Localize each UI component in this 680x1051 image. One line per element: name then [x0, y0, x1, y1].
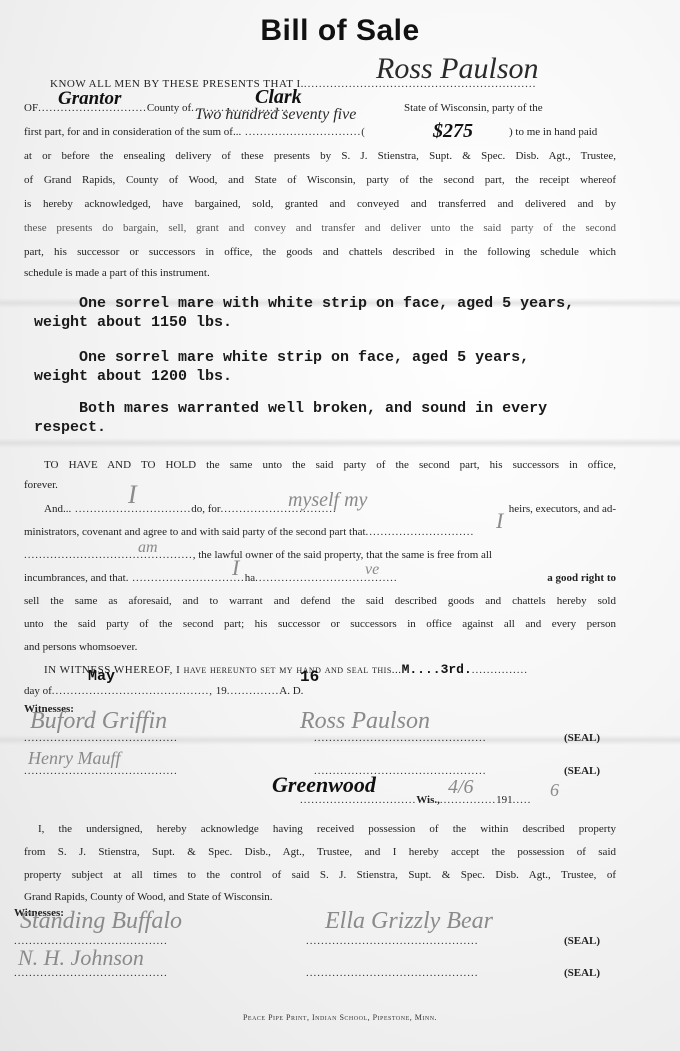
acknowledgement-line: I, the undersigned, hereby acknowledge h… [38, 822, 616, 836]
seal-label: (SEAL) [564, 764, 600, 778]
of-label: OF [24, 102, 38, 114]
do-for-handwritten: myself my [288, 489, 367, 512]
recipient-signature: Ella Grizzly Bear [325, 908, 493, 935]
sum-figure-handwritten: $275 [433, 120, 473, 143]
schedule-item-2-line2: weight about 1200 lbs. [34, 367, 232, 386]
habendum-line: TO HAVE AND TO HOLD the same unto the sa… [44, 458, 616, 472]
good-right-text: a good right to [547, 571, 616, 585]
schedule-item-3-line2: respect. [34, 418, 106, 437]
year-handwritten: 6 [550, 780, 559, 801]
year-prefix-2: 191 [496, 794, 513, 806]
seal-label: (SEAL) [564, 731, 600, 745]
ad-label: A. D. [279, 685, 303, 697]
that-handwritten: I [496, 508, 503, 534]
witness-3-signature: Standing Buffalo [20, 908, 182, 935]
document-title: Bill of Sale [0, 14, 680, 48]
bill-of-sale-page: Bill of Sale KNOW ALL MEN BY THESE PRESE… [0, 0, 680, 1051]
incumbrances-handwritten: I [232, 555, 239, 581]
incumbrances-line: incumbrances, and that. ................… [24, 571, 616, 585]
seller-name-handwritten: Ross Paulson [376, 52, 539, 86]
do-for-label: do, for [191, 503, 220, 515]
acknowledgement-line: property subject at all times to the con… [24, 868, 616, 882]
schedule-item-1-line1: One sorrel mare with white strip on face… [34, 294, 574, 313]
schedule-item-2-line1: One sorrel mare white strip on face, age… [34, 348, 529, 367]
hand-paid-text: ) to me in hand paid [509, 125, 597, 139]
wis-label: Wis., [416, 794, 440, 806]
intro-paragraph-line: part, his successor or successors in off… [24, 245, 616, 259]
intro-paragraph-line: schedule is made a part of this instrume… [24, 266, 616, 280]
habendum-line: unto the said party of the second part; … [24, 617, 616, 631]
place-handwritten: Greenwood [272, 772, 376, 798]
schedule-item-3-line1: Both mares warranted well broken, and so… [34, 399, 547, 418]
date-handwritten: 4/6 [448, 776, 474, 799]
sum-words-handwritten: Two hundred seventy five [195, 106, 356, 124]
town-handwritten: Grantor [58, 88, 121, 110]
witness-2-signature: Henry Mauff [28, 748, 120, 769]
state-text: State of Wisconsin, party of the [404, 101, 543, 115]
day-of-label: day of [24, 685, 52, 697]
covenant-line: ministrators, covenant and agree to and … [24, 525, 616, 539]
seller-signature: Ross Paulson [300, 708, 430, 735]
ha-handwritten: ve [365, 561, 379, 579]
consideration-line: first part, for and in consideration of … [24, 125, 616, 139]
covenant-text: ministrators, covenant and agree to and … [24, 526, 366, 538]
heirs-text: heirs, executors, and ad- [509, 502, 616, 516]
am-handwritten: am [138, 539, 158, 557]
intro-paragraph-line: is hereby acknowledged, have bargained, … [24, 197, 616, 211]
intro-paragraph-line: these presents do bargain, sell, grant a… [24, 221, 616, 235]
printer-footer: Peace Pipe Print, Indian School, Pipesto… [0, 1013, 680, 1022]
owner-line: ........................................… [24, 548, 616, 562]
and-handwritten: I [128, 480, 137, 510]
county-label: County of [147, 102, 191, 114]
month-typed: May [88, 668, 115, 685]
day-typed: 3rd. [441, 662, 472, 677]
habendum-line: sell the same as aforesaid, and to warra… [24, 594, 616, 608]
day-of-line: day of..................................… [24, 684, 616, 698]
witness-1-signature: Buford Griffin [30, 708, 167, 735]
intro-paragraph-line: at or before the ensealing delivery of t… [24, 149, 616, 163]
seal-label: (SEAL) [564, 966, 600, 980]
intro-paragraph-line: of Grand Rapids, County of Wood, and Sta… [24, 173, 616, 187]
year-typed: 16 [300, 668, 319, 686]
acknowledgement-line: from S. J. Stienstra, Supt. & Spec. Disb… [24, 845, 616, 859]
ha-label: ha [245, 572, 255, 584]
acknowledgement-line: Grand Rapids, County of Wood, and State … [24, 890, 616, 904]
witness-whereof-line: IN WITNESS WHEREOF, I have hereunto set … [44, 663, 636, 677]
consideration-text: first part, for and in consideration of … [24, 126, 241, 138]
witness-4-signature: N. H. Johnson [18, 945, 144, 971]
year-prefix: 19 [216, 685, 227, 697]
and-label: And... [44, 503, 71, 515]
habendum-line: and persons whomsoever. [24, 640, 616, 654]
paper-fold [0, 438, 680, 448]
seal-label: (SEAL) [564, 934, 600, 948]
schedule-item-1-line2: weight about 1150 lbs. [34, 313, 232, 332]
incumbrances-label: incumbrances, and that. [24, 572, 128, 584]
